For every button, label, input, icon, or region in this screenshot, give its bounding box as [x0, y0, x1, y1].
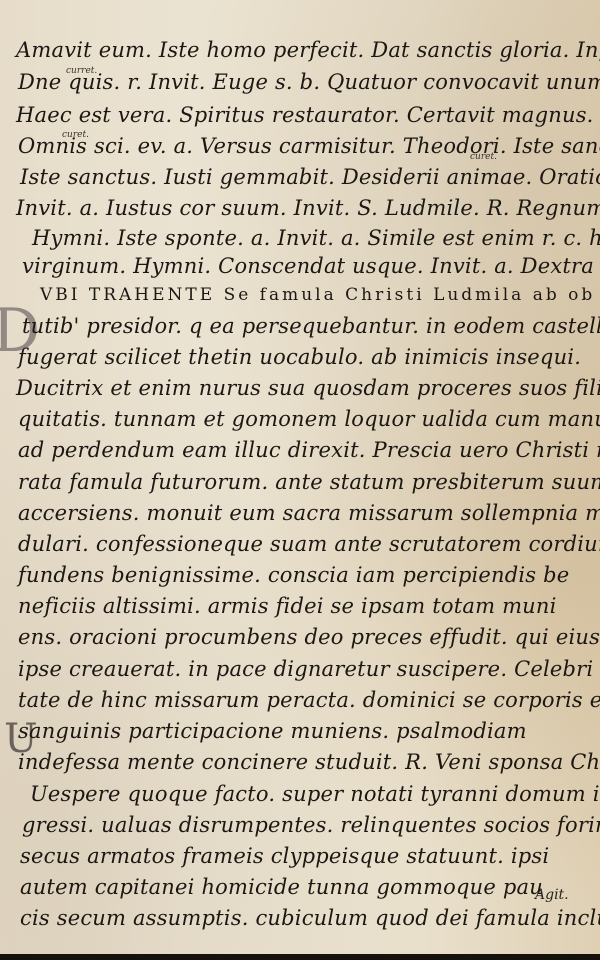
body-line: Uespere quoque facto. super notati tyran… [30, 784, 600, 805]
office-line: virginum. Hymni. Conscendat usque. Invit… [22, 256, 600, 277]
margin-note: Agit. [535, 887, 569, 903]
body-line: sanguinis participacione muniens. psalmo… [18, 721, 527, 742]
office-line: Dne quis. r. Invit. Euge s. b. Quatuor c… [18, 72, 600, 93]
body-line: rata famula futurorum. ante statum presb… [18, 472, 600, 493]
interlinear-gloss: curet. [62, 130, 89, 140]
body-line: dulari. confessioneque suam ante scrutat… [18, 534, 600, 555]
body-line: tutib' presidor. q ea persequebantur. in… [22, 316, 600, 337]
chapter-heading: VBI TRAHENTE Se famula Christi Ludmila a… [40, 287, 595, 304]
body-line: gressi. ualuas disrumpentes. relinquente… [22, 815, 600, 836]
office-line: Haec est vera. Spiritus restaurator. Cer… [16, 105, 600, 126]
office-line: Invit. a. Iustus cor suum. Invit. S. Lud… [16, 198, 600, 219]
body-line: ad perdendum eam illuc direxit. Prescia … [18, 440, 600, 461]
body-line: fundens benignissime. conscia iam percip… [18, 565, 569, 586]
office-line: Hymni. Iste sponte. a. Invit. a. Simile … [32, 228, 600, 249]
body-line: ipse creauerat. in pace dignaretur susci… [18, 659, 593, 680]
body-line: accersiens. monuit eum sacra missarum so… [18, 503, 600, 524]
office-line: Iste sanctus. Iusti gemmabit. Desiderii … [20, 167, 600, 188]
manuscript-page: Amavit eum. Iste homo perfecit. Dat sanc… [0, 0, 600, 954]
interlinear-gloss: curret. [66, 66, 97, 76]
interlinear-gloss: curet. [470, 152, 497, 162]
body-line: cis secum assumptis. cubiculum quod dei … [20, 908, 600, 929]
body-line: quitatis. tunnam et gomonem loquor ualid… [18, 409, 600, 430]
body-line: Ducitrix et enim nurus sua quosdam proce… [16, 378, 600, 399]
body-line: neficiis altissimi. armis fidei se ipsam… [18, 596, 557, 617]
body-line: indefessa mente concinere studuit. R. Ve… [18, 752, 600, 773]
body-line: tate de hinc missarum peracta. dominici … [18, 690, 600, 711]
body-line: ens. oracioni procumbens deo preces effu… [18, 627, 600, 648]
scan-edge [0, 954, 600, 960]
body-line: fugerat scilicet thetin uocabulo. ab ini… [18, 347, 581, 368]
body-line: secus armatos frameis clyppeisque statuu… [20, 846, 549, 867]
office-line: Omnis sci. ev. a. Versus carmisitur. The… [18, 136, 600, 157]
body-line: autem capitanei homicide tunna gommoque … [20, 877, 543, 898]
office-line: Amavit eum. Iste homo perfecit. Dat sanc… [16, 40, 600, 61]
